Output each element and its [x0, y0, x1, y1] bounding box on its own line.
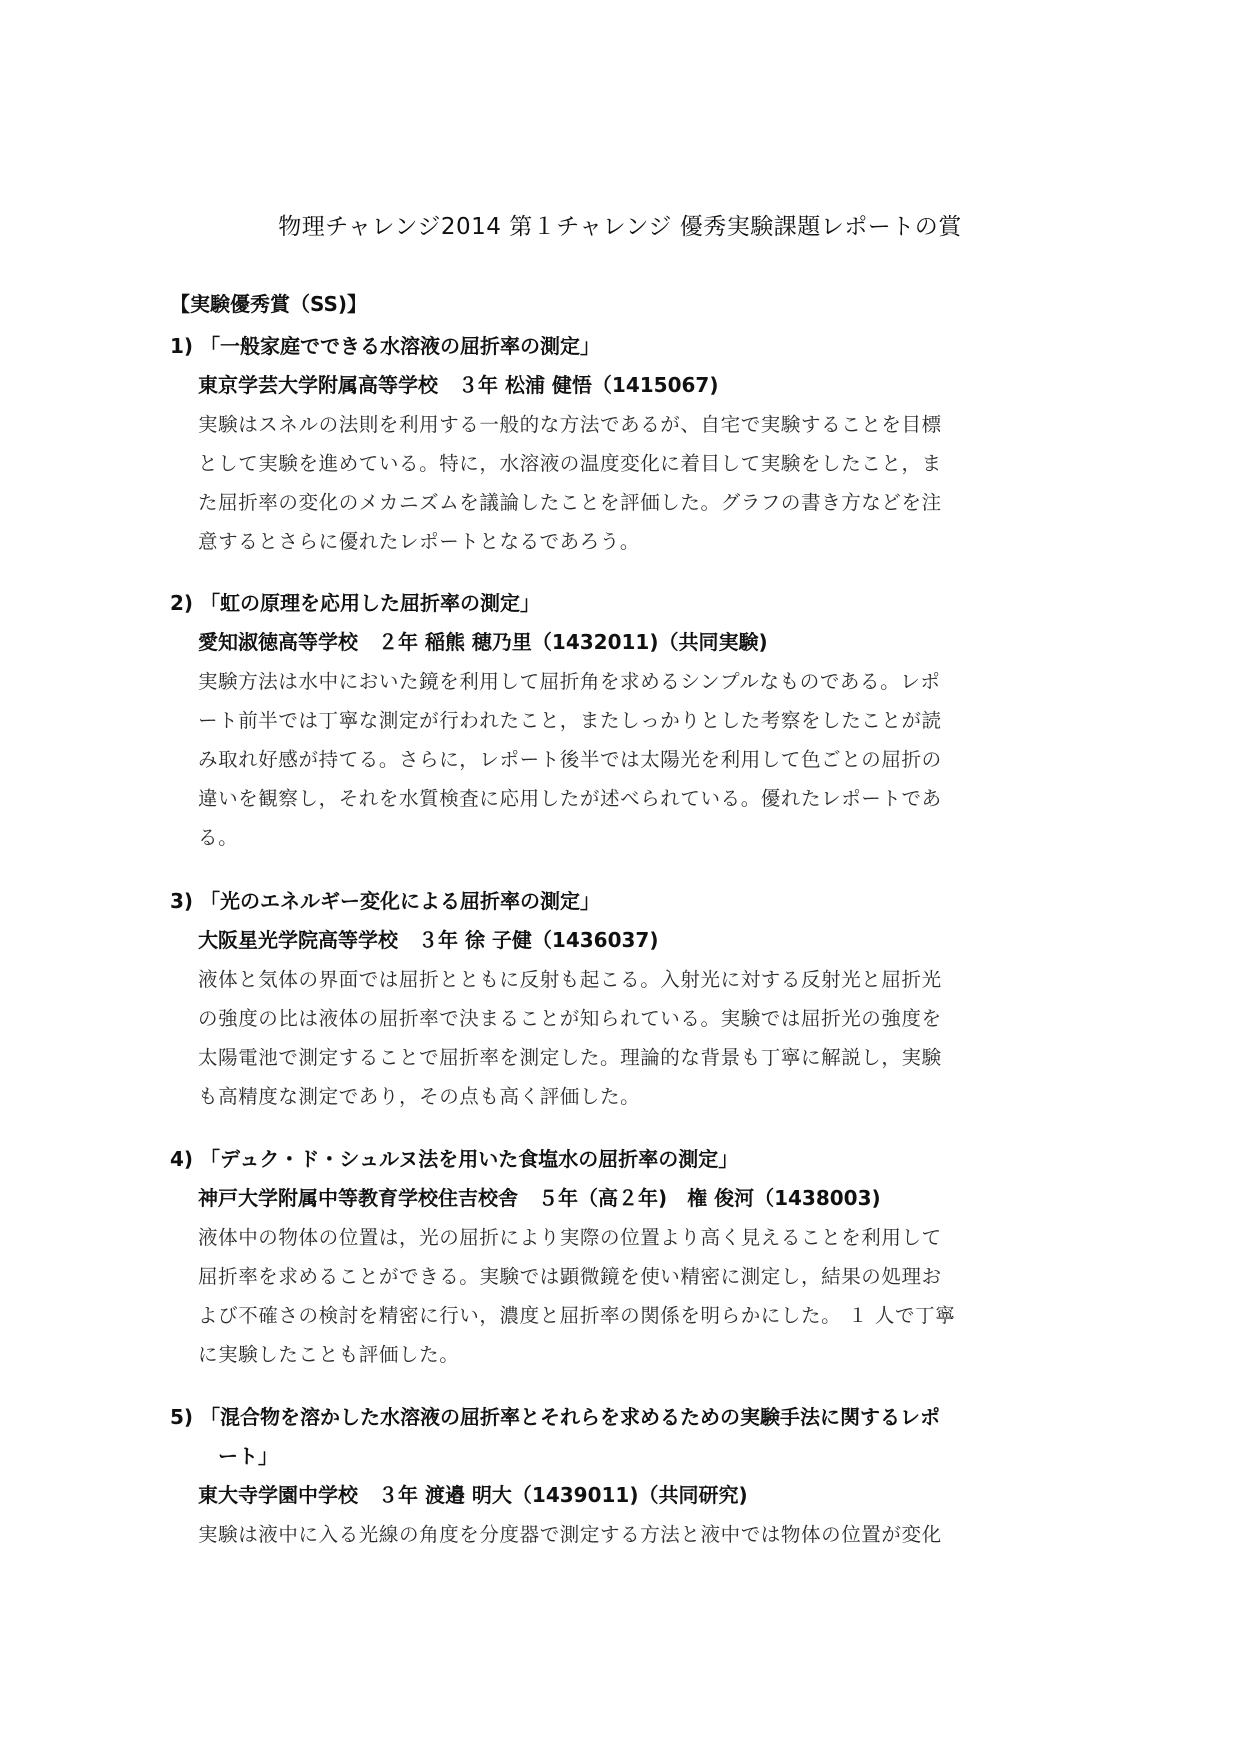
entry-number: 4)	[170, 1140, 200, 1179]
entry-title-text: 「デュク・ド・シュルヌ法を用いた食塩水の屈折率の測定」	[200, 1147, 738, 1171]
body-line: ート前半では丁寧な測定が行われたこと，またしっかりとした考察をしたことが読	[198, 701, 1070, 740]
award-entry-5: 5)「混合物を溶かした水溶液の屈折率とそれらを求めるための実験手法に関するレポ …	[170, 1398, 1070, 1554]
entry-number: 1)	[170, 327, 200, 366]
body-line: 液体中の物体の位置は，光の屈折により実際の位置より高く見えることを利用して	[198, 1218, 1070, 1257]
entry-title: 5)「混合物を溶かした水溶液の屈折率とそれらを求めるための実験手法に関するレポ	[170, 1398, 1070, 1437]
body-line: に実験したことも評価した。	[198, 1335, 1070, 1374]
entry-author: 東京学芸大学附属高等学校 ３年 松浦 健悟（1415067)	[170, 366, 1070, 405]
entry-title-text: 「一般家庭でできる水溶液の屈折率の測定」	[200, 334, 600, 358]
body-line: み取れ好感が持てる。さらに，レポート後半では太陽光を利用して色ごとの屈折の	[198, 740, 1070, 779]
body-line: 意するとさらに優れたレポートとなるであろう。	[198, 522, 1070, 561]
body-line: 液体と気体の界面では屈折とともに反射も起こる。入射光に対する反射光と屈折光	[198, 960, 1070, 999]
entry-author: 愛知淑徳高等学校 ２年 稲熊 穂乃里（1432011)（共同実験)	[170, 623, 1070, 662]
entry-body: 液体と気体の界面では屈折とともに反射も起こる。入射光に対する反射光と屈折光 の強…	[170, 960, 1070, 1116]
document-page: 物理チャレンジ2014 第１チャレンジ 優秀実験課題レポートの賞 【実験優秀賞（…	[0, 0, 1240, 1754]
award-entry-2: 2)「虹の原理を応用した屈折率の測定」 愛知淑徳高等学校 ２年 稲熊 穂乃里（1…	[170, 584, 1070, 857]
entry-body: 実験方法は水中においた鏡を利用して屈折角を求めるシンプルなものである。レポ ート…	[170, 662, 1070, 857]
entry-title-text: 「虹の原理を応用した屈折率の測定」	[200, 591, 540, 615]
entry-title-text: 「混合物を溶かした水溶液の屈折率とそれらを求めるための実験手法に関するレポ	[200, 1405, 940, 1429]
document-title: 物理チャレンジ2014 第１チャレンジ 優秀実験課題レポートの賞	[0, 208, 1240, 241]
entry-author: 東大寺学園中学校 ３年 渡邉 明大（1439011)（共同研究)	[170, 1476, 1070, 1515]
entry-author: 神戸大学附属中等教育学校住吉校舎 ５年（高２年) 権 俊河（1438003)	[170, 1179, 1070, 1218]
entry-body: 液体中の物体の位置は，光の屈折により実際の位置より高く見えることを利用して 屈折…	[170, 1218, 1070, 1374]
body-line: 違いを観察し，それを水質検査に応用したが述べられている。優れたレポートであ	[198, 779, 1070, 818]
award-entry-1: 1)「一般家庭でできる水溶液の屈折率の測定」 東京学芸大学附属高等学校 ３年 松…	[170, 327, 1070, 561]
entry-title: 2)「虹の原理を応用した屈折率の測定」	[170, 584, 1070, 623]
body-line: 実験は液中に入る光線の角度を分度器で測定する方法と液中では物体の位置が変化	[198, 1515, 1070, 1554]
body-line: る。	[198, 818, 1070, 857]
body-line: として実験を進めている。特に，水溶液の温度変化に着目して実験をしたこと，ま	[198, 444, 1070, 483]
entry-author: 大阪星光学院高等学校 ３年 徐 子健（1436037)	[170, 921, 1070, 960]
body-line: 太陽電池で測定することで屈折率を測定した。理論的な背景も丁寧に解説し，実験	[198, 1038, 1070, 1077]
body-line: た屈折率の変化のメカニズムを議論したことを評価した。グラフの書き方などを注	[198, 483, 1070, 522]
entry-body: 実験はスネルの法則を利用する一般的な方法であるが、自宅で実験することを目標 とし…	[170, 405, 1070, 561]
award-entry-4: 4)「デュク・ド・シュルヌ法を用いた食塩水の屈折率の測定」 神戸大学附属中等教育…	[170, 1140, 1070, 1374]
body-line: 実験はスネルの法則を利用する一般的な方法であるが、自宅で実験することを目標	[198, 405, 1070, 444]
body-line: も高精度な測定であり，その点も高く評価した。	[198, 1077, 1070, 1116]
entry-number: 5)	[170, 1398, 200, 1437]
entry-title-text: 「光のエネルギー変化による屈折率の測定」	[200, 889, 600, 913]
body-line: よび不確さの検討を精密に行い，濃度と屈折率の関係を明らかにした。 １ 人で丁寧	[198, 1296, 1070, 1335]
entry-title-continuation: ート」	[170, 1437, 1070, 1476]
entry-title: 1)「一般家庭でできる水溶液の屈折率の測定」	[170, 327, 1070, 366]
body-line: 屈折率を求めることができる。実験では顕微鏡を使い精密に測定し，結果の処理お	[198, 1257, 1070, 1296]
entry-number: 3)	[170, 882, 200, 921]
award-entry-3: 3)「光のエネルギー変化による屈折率の測定」 大阪星光学院高等学校 ３年 徐 子…	[170, 882, 1070, 1116]
entry-number: 2)	[170, 584, 200, 623]
body-line: の強度の比は液体の屈折率で決まることが知られている。実験では屈折光の強度を	[198, 999, 1070, 1038]
section-heading: 【実験優秀賞（SS)】	[170, 288, 367, 317]
entry-title: 3)「光のエネルギー変化による屈折率の測定」	[170, 882, 1070, 921]
entry-title: 4)「デュク・ド・シュルヌ法を用いた食塩水の屈折率の測定」	[170, 1140, 1070, 1179]
entry-body: 実験は液中に入る光線の角度を分度器で測定する方法と液中では物体の位置が変化	[170, 1515, 1070, 1554]
body-line: 実験方法は水中においた鏡を利用して屈折角を求めるシンプルなものである。レポ	[198, 662, 1070, 701]
